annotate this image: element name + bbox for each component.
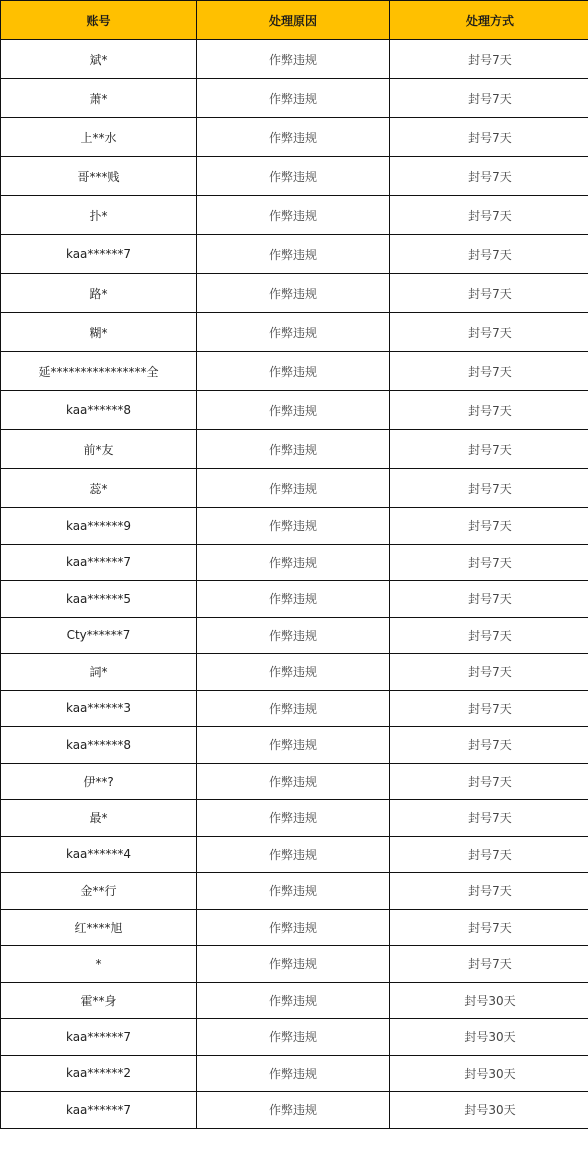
table-row: kaa******7作弊违规封号30天 — [1, 1092, 588, 1129]
account-cell: kaa******8 — [1, 391, 197, 430]
table-row: 延****************全作弊违规封号7天 — [1, 352, 588, 391]
action-cell: 封号7天 — [390, 909, 588, 946]
account-cell: 蕊* — [1, 469, 197, 508]
table-row: kaa******7作弊违规封号30天 — [1, 1019, 588, 1056]
reason-cell: 作弊违规 — [197, 544, 390, 581]
reason-cell: 作弊违规 — [197, 1092, 390, 1129]
table-row: 红****旭作弊违规封号7天 — [1, 909, 588, 946]
action-cell: 封号7天 — [390, 763, 588, 800]
account-cell: 哥***贱 — [1, 157, 197, 196]
table-row: 扑*作弊违规封号7天 — [1, 196, 588, 235]
account-cell: kaa******4 — [1, 836, 197, 873]
column-header-reason: 处理原因 — [197, 1, 390, 40]
table-row: 詞*作弊违规封号7天 — [1, 654, 588, 691]
header-row: 账号 处理原因 处理方式 — [1, 1, 588, 40]
reason-cell: 作弊违规 — [197, 79, 390, 118]
action-cell: 封号7天 — [390, 352, 588, 391]
account-cell: 延****************全 — [1, 352, 197, 391]
account-cell: 伊**? — [1, 763, 197, 800]
account-cell: kaa******7 — [1, 544, 197, 581]
table-row: 前*友作弊违规封号7天 — [1, 430, 588, 469]
table-row: kaa******7作弊违规封号7天 — [1, 544, 588, 581]
action-cell: 封号7天 — [390, 391, 588, 430]
action-cell: 封号30天 — [390, 982, 588, 1019]
table-row: 糊*作弊违规封号7天 — [1, 313, 588, 352]
account-cell: 斌* — [1, 40, 197, 79]
table-row: 霍**身作弊违规封号30天 — [1, 982, 588, 1019]
account-cell: 上**水 — [1, 118, 197, 157]
reason-cell: 作弊违规 — [197, 654, 390, 691]
reason-cell: 作弊违规 — [197, 157, 390, 196]
account-cell: 前*友 — [1, 430, 197, 469]
reason-cell: 作弊违规 — [197, 391, 390, 430]
account-cell: kaa******7 — [1, 1019, 197, 1056]
action-cell: 封号7天 — [390, 617, 588, 654]
action-cell: 封号7天 — [390, 836, 588, 873]
action-cell: 封号30天 — [390, 1055, 588, 1092]
table-row: 哥***贱作弊违规封号7天 — [1, 157, 588, 196]
action-cell: 封号7天 — [390, 508, 588, 545]
reason-cell: 作弊违规 — [197, 581, 390, 618]
action-cell: 封号7天 — [390, 581, 588, 618]
reason-cell: 作弊违规 — [197, 690, 390, 727]
table-row: kaa******2作弊违规封号30天 — [1, 1055, 588, 1092]
action-cell: 封号7天 — [390, 157, 588, 196]
account-cell: kaa******7 — [1, 1092, 197, 1129]
action-cell: 封号30天 — [390, 1019, 588, 1056]
action-cell: 封号7天 — [390, 313, 588, 352]
account-cell: 路* — [1, 274, 197, 313]
table-row: 蕊*作弊违规封号7天 — [1, 469, 588, 508]
table-body: 斌*作弊违规封号7天 萧*作弊违规封号7天 上**水作弊违规封号7天 哥***贱… — [1, 40, 588, 1129]
account-cell: kaa******8 — [1, 727, 197, 764]
action-cell: 封号7天 — [390, 800, 588, 837]
action-cell: 封号7天 — [390, 469, 588, 508]
reason-cell: 作弊违规 — [197, 800, 390, 837]
reason-cell: 作弊违规 — [197, 946, 390, 983]
table-row: kaa******5作弊违规封号7天 — [1, 581, 588, 618]
action-cell: 封号30天 — [390, 1092, 588, 1129]
account-cell: Cty******7 — [1, 617, 197, 654]
account-cell: 金**行 — [1, 873, 197, 910]
action-cell: 封号7天 — [390, 544, 588, 581]
account-cell: 红****旭 — [1, 909, 197, 946]
action-cell: 封号7天 — [390, 690, 588, 727]
action-cell: 封号7天 — [390, 873, 588, 910]
account-cell: 詞* — [1, 654, 197, 691]
reason-cell: 作弊违规 — [197, 235, 390, 274]
account-cell: kaa******5 — [1, 581, 197, 618]
table-row: 最*作弊违规封号7天 — [1, 800, 588, 837]
ban-list-table: 账号 处理原因 处理方式 斌*作弊违规封号7天 萧*作弊违规封号7天 上**水作… — [0, 0, 588, 1129]
table-row: kaa******3作弊违规封号7天 — [1, 690, 588, 727]
table-row: kaa******4作弊违规封号7天 — [1, 836, 588, 873]
table-header: 账号 处理原因 处理方式 — [1, 1, 588, 40]
reason-cell: 作弊违规 — [197, 836, 390, 873]
reason-cell: 作弊违规 — [197, 909, 390, 946]
table-row: *作弊违规封号7天 — [1, 946, 588, 983]
action-cell: 封号7天 — [390, 654, 588, 691]
action-cell: 封号7天 — [390, 40, 588, 79]
account-cell: kaa******9 — [1, 508, 197, 545]
reason-cell: 作弊违规 — [197, 727, 390, 764]
reason-cell: 作弊违规 — [197, 508, 390, 545]
action-cell: 封号7天 — [390, 274, 588, 313]
reason-cell: 作弊违规 — [197, 763, 390, 800]
reason-cell: 作弊违规 — [197, 873, 390, 910]
column-header-account: 账号 — [1, 1, 197, 40]
account-cell: 最* — [1, 800, 197, 837]
reason-cell: 作弊违规 — [197, 313, 390, 352]
table-row: 路*作弊违规封号7天 — [1, 274, 588, 313]
reason-cell: 作弊违规 — [197, 430, 390, 469]
reason-cell: 作弊违规 — [197, 196, 390, 235]
action-cell: 封号7天 — [390, 118, 588, 157]
account-cell: * — [1, 946, 197, 983]
table-row: kaa******7作弊违规封号7天 — [1, 235, 588, 274]
table-row: kaa******8作弊违规封号7天 — [1, 727, 588, 764]
table-row: 上**水作弊违规封号7天 — [1, 118, 588, 157]
reason-cell: 作弊违规 — [197, 352, 390, 391]
reason-cell: 作弊违规 — [197, 40, 390, 79]
account-cell: 扑* — [1, 196, 197, 235]
table-row: 伊**?作弊违规封号7天 — [1, 763, 588, 800]
table-row: 斌*作弊违规封号7天 — [1, 40, 588, 79]
account-cell: kaa******3 — [1, 690, 197, 727]
table-row: 萧*作弊违规封号7天 — [1, 79, 588, 118]
action-cell: 封号7天 — [390, 946, 588, 983]
column-header-action: 处理方式 — [390, 1, 588, 40]
table-row: kaa******8作弊违规封号7天 — [1, 391, 588, 430]
reason-cell: 作弊违规 — [197, 274, 390, 313]
action-cell: 封号7天 — [390, 430, 588, 469]
table-row: kaa******9作弊违规封号7天 — [1, 508, 588, 545]
action-cell: 封号7天 — [390, 196, 588, 235]
action-cell: 封号7天 — [390, 235, 588, 274]
account-cell: 萧* — [1, 79, 197, 118]
reason-cell: 作弊违规 — [197, 617, 390, 654]
action-cell: 封号7天 — [390, 727, 588, 764]
account-cell: 糊* — [1, 313, 197, 352]
reason-cell: 作弊违规 — [197, 118, 390, 157]
account-cell: kaa******7 — [1, 235, 197, 274]
account-cell: 霍**身 — [1, 982, 197, 1019]
reason-cell: 作弊违规 — [197, 1055, 390, 1092]
reason-cell: 作弊违规 — [197, 1019, 390, 1056]
reason-cell: 作弊违规 — [197, 982, 390, 1019]
table-row: 金**行作弊违规封号7天 — [1, 873, 588, 910]
account-cell: kaa******2 — [1, 1055, 197, 1092]
action-cell: 封号7天 — [390, 79, 588, 118]
table-row: Cty******7作弊违规封号7天 — [1, 617, 588, 654]
reason-cell: 作弊违规 — [197, 469, 390, 508]
